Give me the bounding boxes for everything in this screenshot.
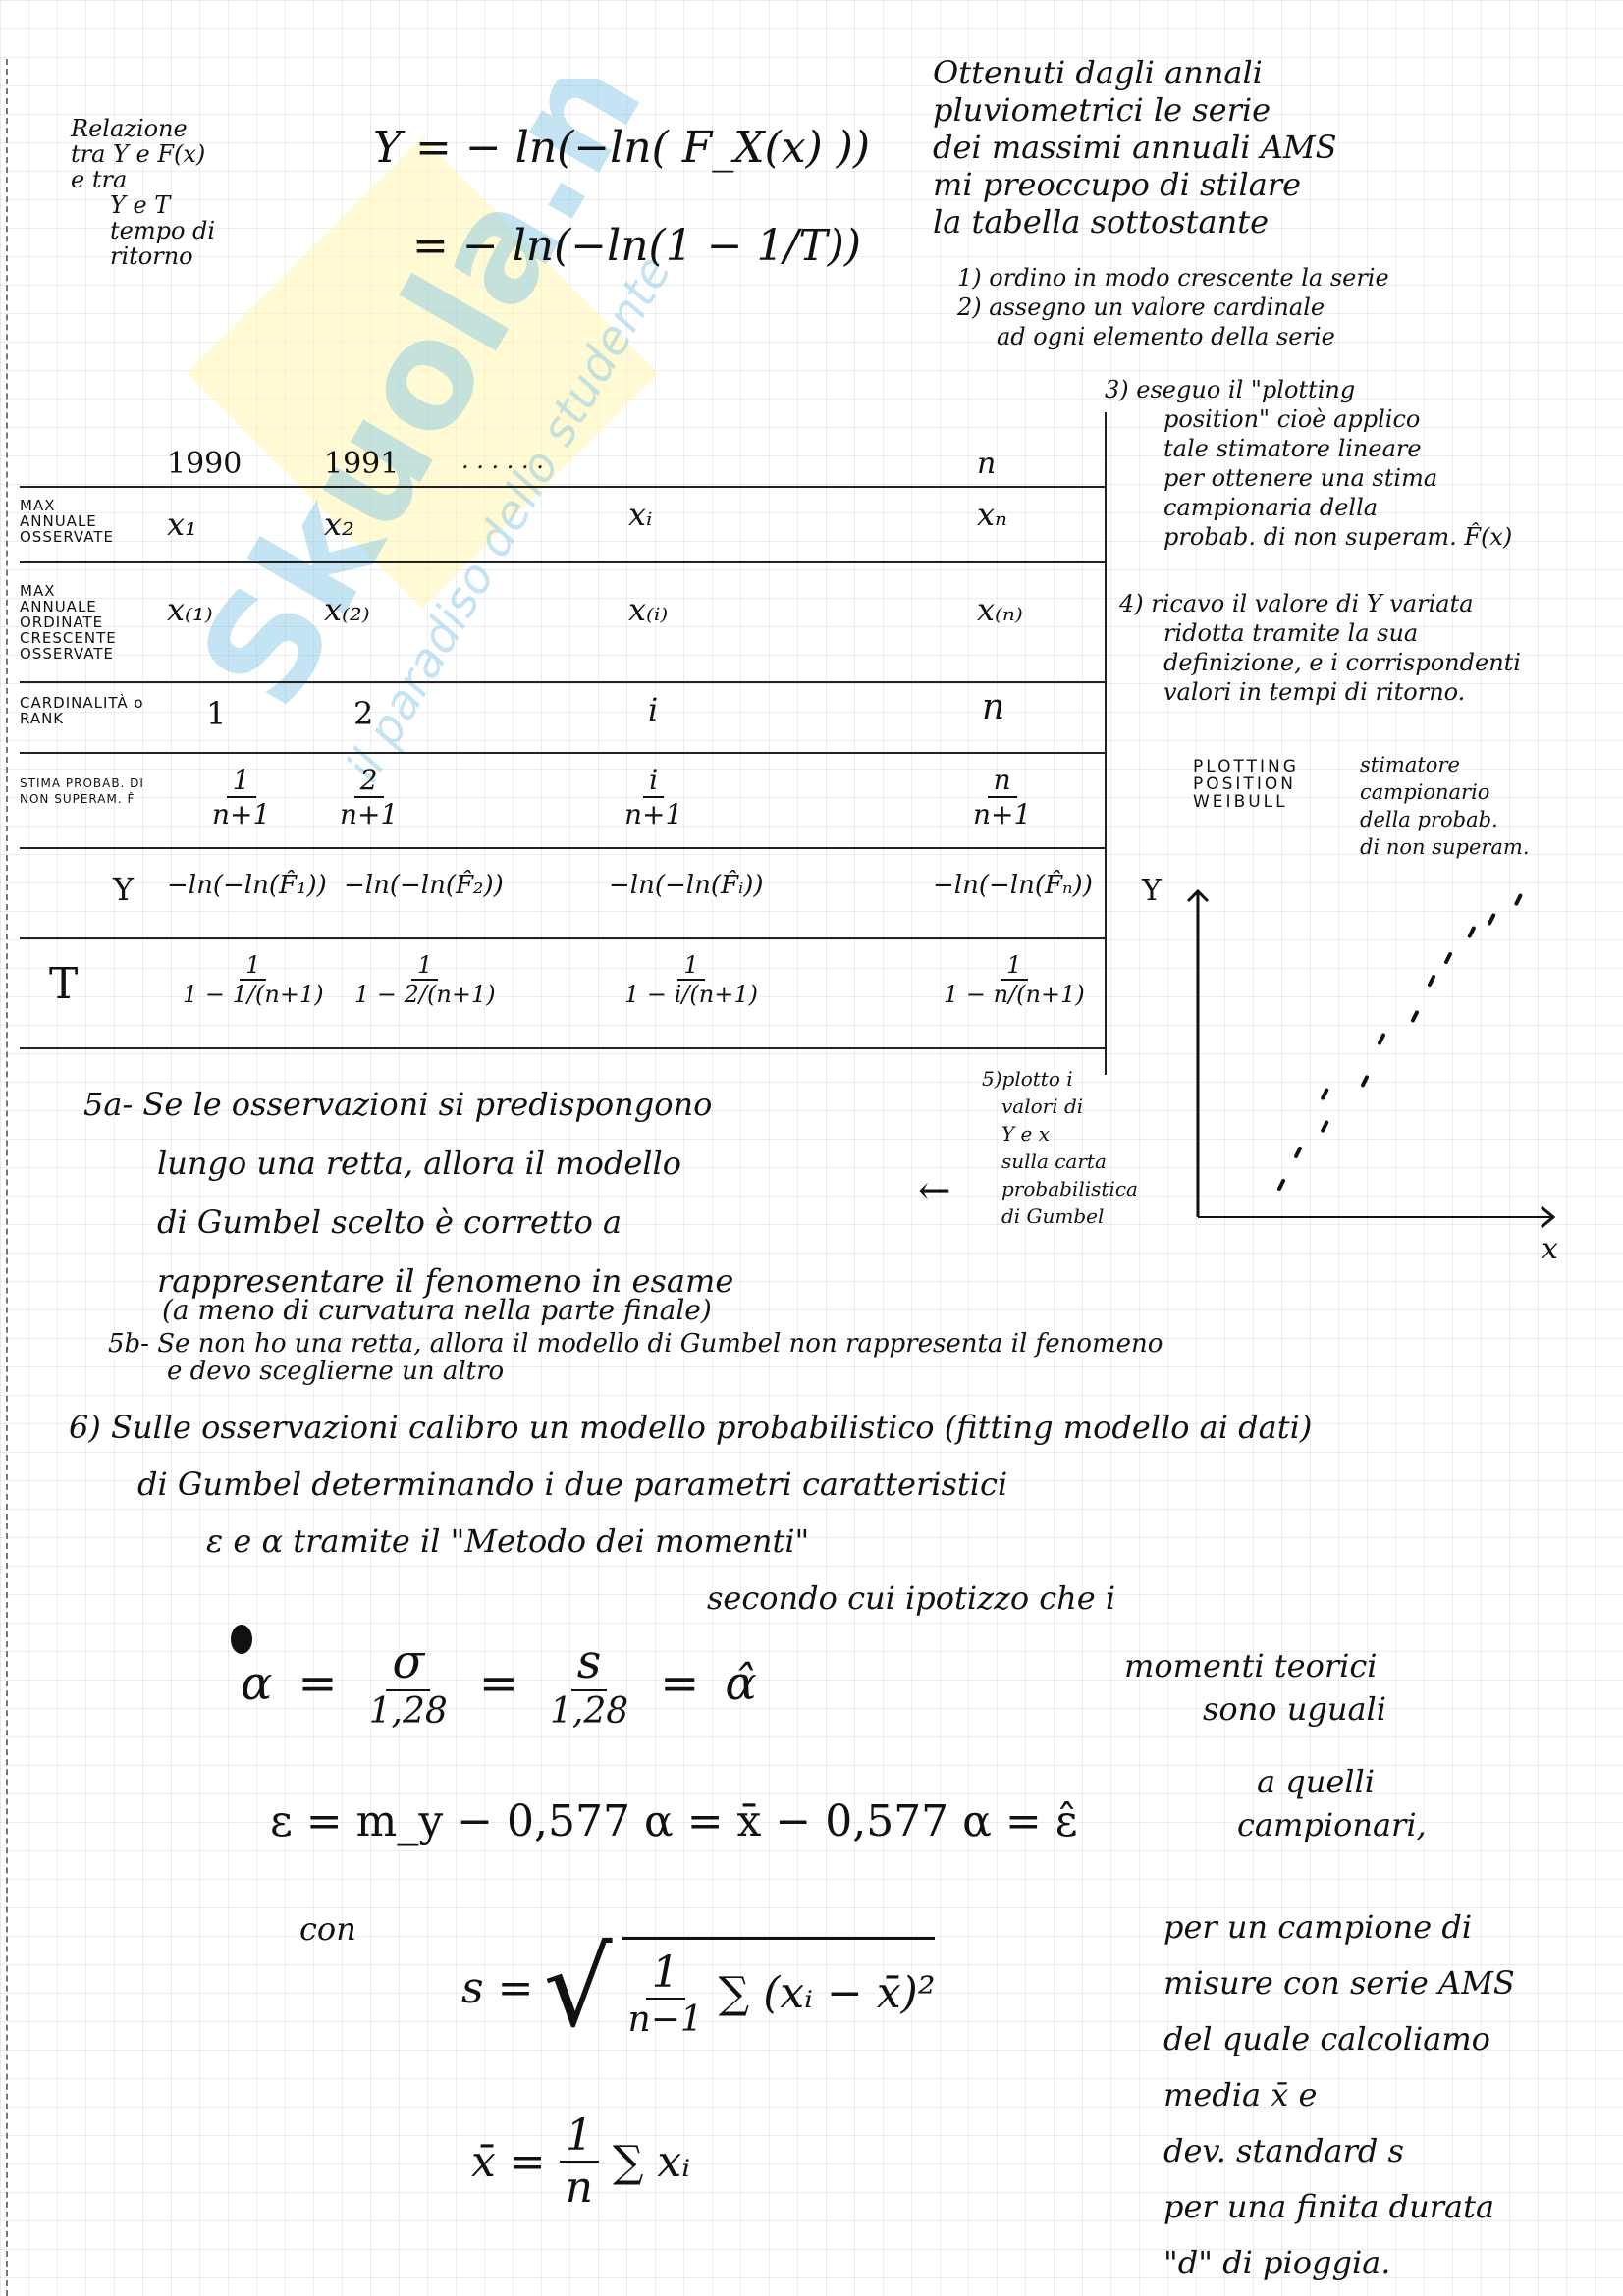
step-4: 4) ricavo il valore di Y variata ridotta… <box>1119 589 1521 707</box>
table-right-border <box>1105 412 1107 1075</box>
formula-y-fx: Y = − ln(−ln( F_X(x) )) <box>373 123 870 173</box>
relation-margin-note: Relazione tra Y e F(x) e tra Y e T tempo… <box>71 116 215 269</box>
plotting-position-label: PLOTTING POSITION WEIBULL <box>1193 758 1299 811</box>
page-margin-line <box>6 59 8 2296</box>
table-row: STIMA PROBAB. DI NON SUPERAM. F̂ 1n+1 2n… <box>20 754 1105 849</box>
alpha-formula: α= σ1,28 = s1,28 =α̂ <box>241 1634 757 1732</box>
plot-point <box>1516 896 1520 904</box>
plot-point <box>1380 1036 1383 1043</box>
plot-point <box>1489 915 1493 923</box>
plot-point <box>1279 1181 1283 1189</box>
gumbel-plot <box>1159 864 1571 1276</box>
table-row: Y −ln(−ln(F̂₁)) −ln(−ln(F̂₂)) −ln(−ln(F̂… <box>20 849 1105 939</box>
step-5-note: 5)plotto i valori di Y e x sulla carta p… <box>982 1065 1138 1230</box>
section-5a-note: (a meno di curvatura nella parte finale) <box>162 1296 712 1325</box>
section-5a: 5a- Se le osservazioni si predispongono … <box>83 1075 733 1310</box>
intro-note: Ottenuti dagli annali pluviometrici le s… <box>933 54 1337 240</box>
plot-point <box>1446 954 1450 962</box>
table-row: MAX ANNUALE OSSERVATE x₁ x₂ xᵢ xₙ <box>20 488 1105 563</box>
plotting-position-desc: stimatore campionario della probab. di n… <box>1360 751 1530 861</box>
plot-x-label: x <box>1542 1232 1558 1266</box>
left-arrow-icon: ← <box>918 1168 951 1213</box>
table-year-header: 1990 1991 . . . . . . n <box>20 447 1105 488</box>
plot-point <box>1413 1012 1417 1020</box>
plot-point <box>1470 929 1474 936</box>
moments-note: momenti teorici sono uguali a quelli cam… <box>1124 1644 1427 1846</box>
con-label: con <box>299 1909 356 1949</box>
plot-y-label: Y <box>1142 874 1162 908</box>
epsilon-formula: ε = m_y − 0,577 α = x̄ − 0,577 α = ε̂ <box>270 1796 1078 1846</box>
section-6: 6) Sulle osservazioni calibro un modello… <box>69 1399 1312 1627</box>
table-row: T 11 − 1/(n+1) 11 − 2/(n+1) 11 − i/(n+1)… <box>20 939 1105 1049</box>
step-3: 3) eseguo il "plotting position" cioè ap… <box>1105 375 1512 552</box>
sample-note: per un campione di misure con serie AMS … <box>1163 1899 1515 2291</box>
plot-point <box>1323 1123 1326 1131</box>
plot-point <box>1363 1077 1367 1085</box>
plot-point <box>1296 1148 1300 1156</box>
section-5b: 5b- Se non ho una retta, allora il model… <box>108 1330 1163 1385</box>
ams-table: 1990 1991 . . . . . . n MAX ANNUALE OSSE… <box>20 447 1105 1049</box>
table-row: CARDINALITÀ o RANK 1 2 i n <box>20 683 1105 754</box>
plot-point <box>1430 977 1434 985</box>
table-row: MAX ANNUALE ORDINATE CRESCENTE OSSERVATE… <box>20 563 1105 683</box>
steps-1-2: 1) ordino in modo crescente la serie 2) … <box>957 263 1389 351</box>
plot-point <box>1323 1091 1326 1098</box>
mean-formula: x̄ = 1n ∑ xᵢ <box>471 2110 690 2213</box>
std-dev-formula: s = √ 1n−1 ∑ (xᵢ − x̄)² <box>461 1934 935 2042</box>
formula-y-t: = − ln(−ln(1 − 1/T)) <box>412 221 861 271</box>
